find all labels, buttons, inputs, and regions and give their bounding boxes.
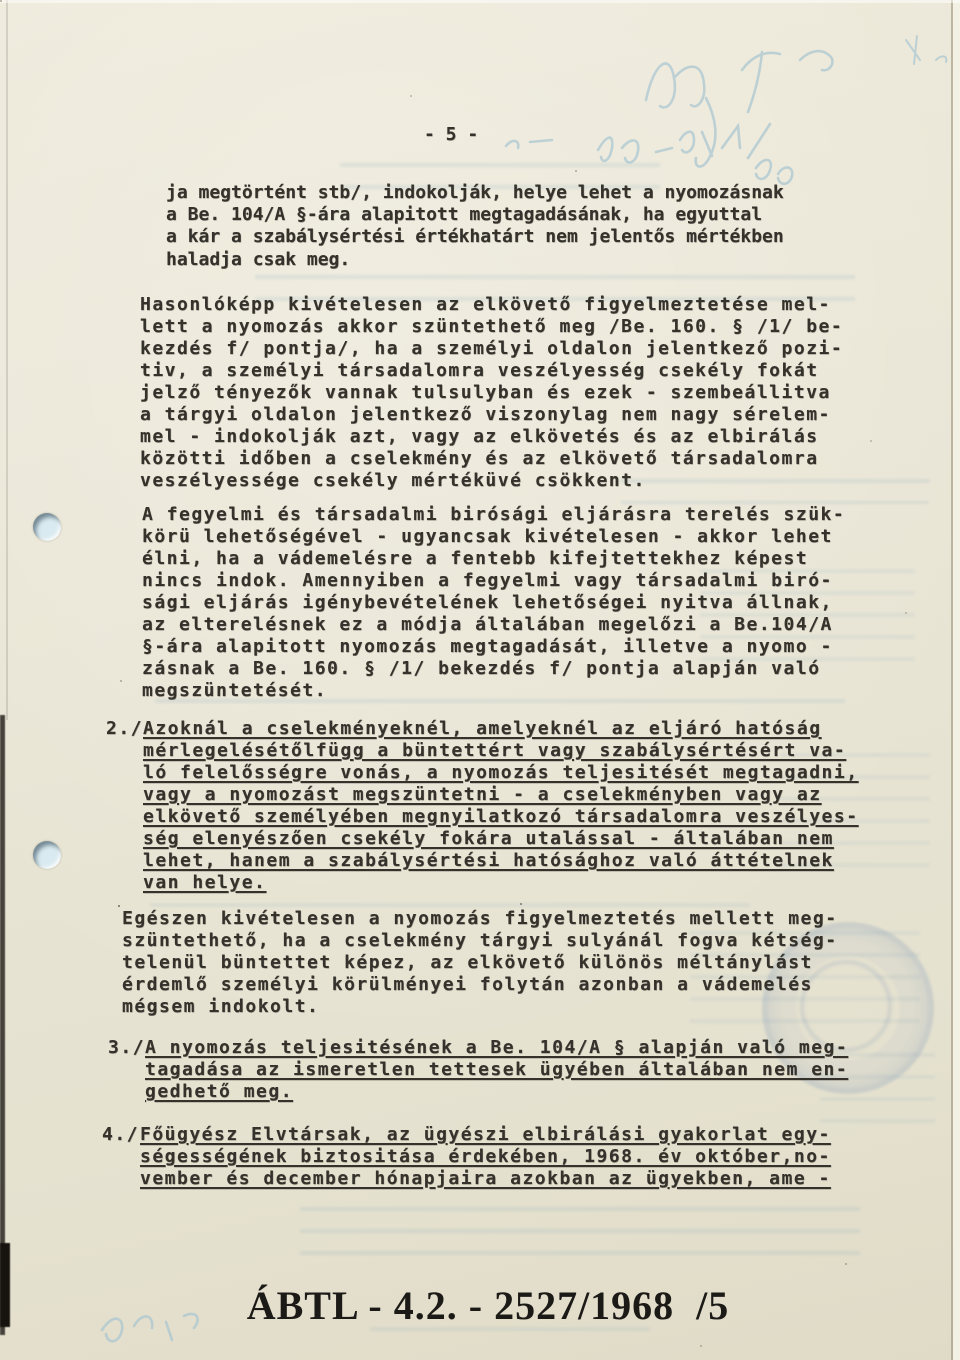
archive-reference-footer: ÁBTL - 4.2. - 2527/1968 /5: [8, 1282, 960, 1329]
page-left-edge-shadow: [0, 715, 5, 1335]
page-left-edge-black: [0, 1243, 10, 1327]
section-4: 4./ Főügyész Elvtársak, az ügyészi elbir…: [102, 1124, 831, 1190]
section-2-text: Azoknál a cselekményeknél, amelyeknél az…: [143, 718, 859, 894]
section-2: 2./ Azoknál a cselekményeknél, amelyekné…: [106, 718, 859, 894]
punch-hole-bottom-icon: [33, 841, 61, 869]
paragraph-disciplinary-procedure: A fegyelmi és társadalmi birósági eljárá…: [142, 504, 845, 702]
paragraph-warning-termination: Hasonlóképp kivételesen az elkövető figy…: [140, 294, 843, 492]
page-number: - 5 -: [424, 124, 478, 146]
page-right-margin: [953, 0, 960, 1360]
paragraph-continuation: ja megtörtént stb/, indokolják, helye le…: [166, 182, 784, 271]
section-2-number: 2./: [106, 718, 143, 894]
section-4-text: Főügyész Elvtársak, az ügyészi elbirálás…: [140, 1124, 831, 1190]
page-left-edge: [6, 0, 8, 720]
section-4-number: 4./: [102, 1124, 140, 1190]
paragraph-exceptional-case: Egészen kivételesen a nyomozás figyelmez…: [122, 908, 838, 1018]
section-3-text: A nyomozás teljesitésének a Be. 104/A § …: [145, 1037, 848, 1103]
punch-hole-top-icon: [33, 513, 61, 541]
section-3-number: 3./: [108, 1037, 145, 1103]
dust-specks: [0, 0, 2, 2]
section-3: 3./ A nyomozás teljesitésének a Be. 104/…: [108, 1037, 848, 1103]
scanned-document-page: - 5 - ja megtörtént stb/, indokolják, he…: [0, 0, 960, 1360]
page-top-edge: [0, 0, 960, 3]
